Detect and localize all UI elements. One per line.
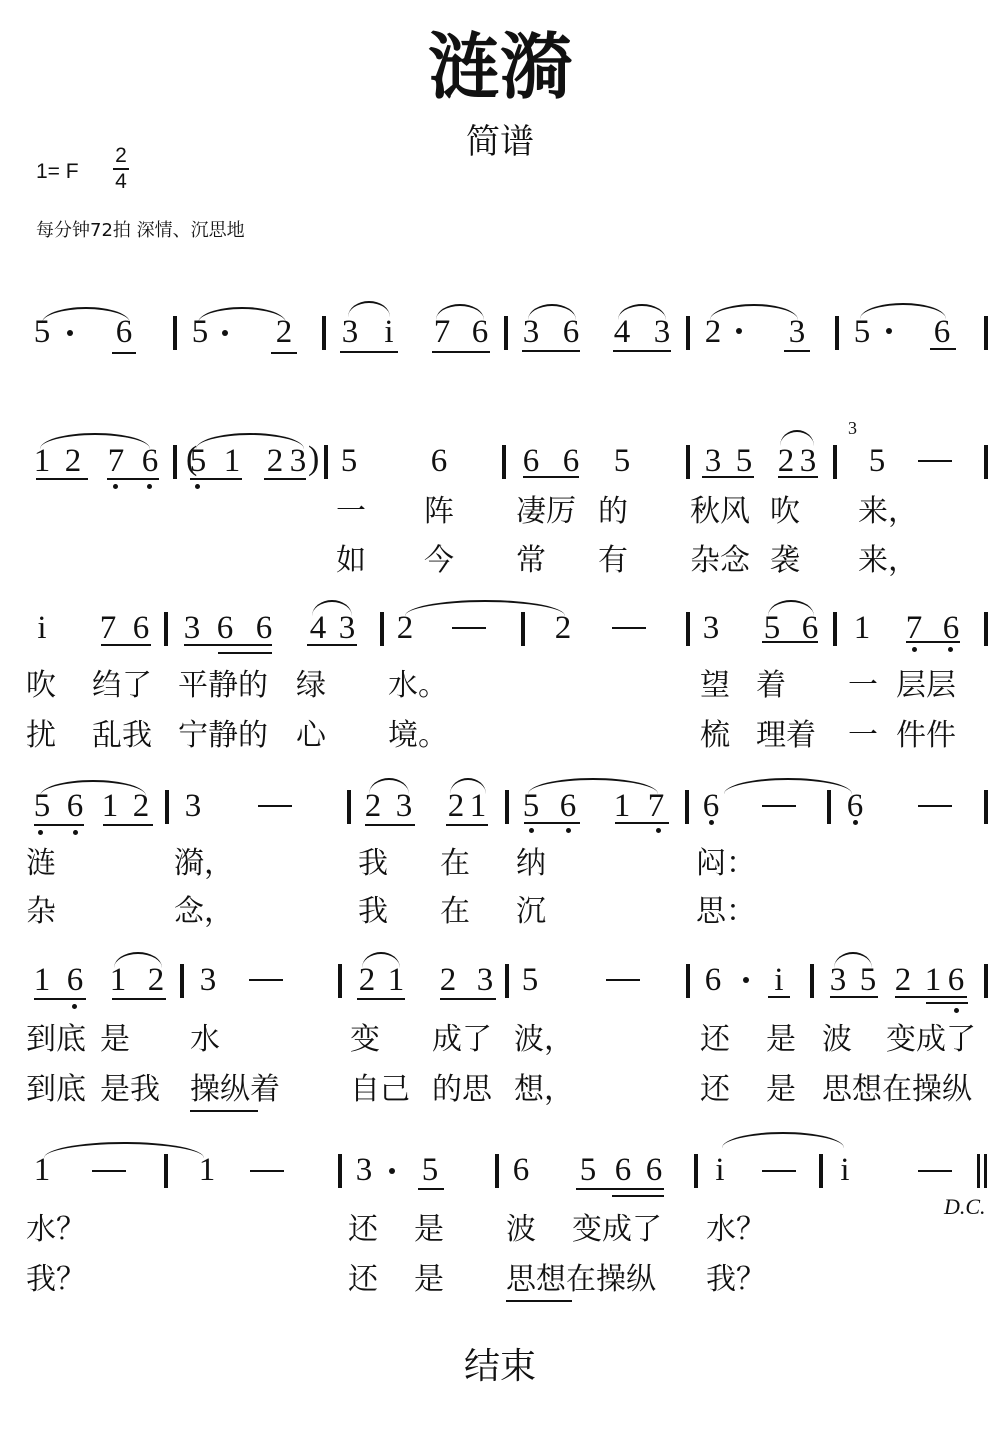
dash-extension xyxy=(918,805,952,807)
barline xyxy=(505,964,509,998)
lyric: 我 xyxy=(358,894,388,930)
slur xyxy=(528,304,576,320)
underline xyxy=(36,478,88,480)
underline xyxy=(524,822,580,824)
dash-extension xyxy=(918,460,952,462)
barline xyxy=(180,964,184,998)
note: 1 xyxy=(199,1152,216,1188)
slur xyxy=(768,600,814,616)
low-octave-dot xyxy=(948,647,953,652)
da-capo-mark: D.C. xyxy=(944,1194,986,1220)
barline xyxy=(685,790,689,824)
lyric: 阵 xyxy=(424,494,454,530)
lyric: 常 xyxy=(516,543,546,579)
lyric: 一 xyxy=(848,718,878,754)
lyric: 我 xyxy=(358,846,388,882)
lyric: 乱我 xyxy=(92,718,152,754)
barline xyxy=(173,316,177,350)
barline xyxy=(984,612,988,646)
underline xyxy=(446,824,488,826)
underline xyxy=(112,998,166,1000)
dash-extension xyxy=(258,805,292,807)
barline xyxy=(338,964,342,998)
dash-extension xyxy=(918,1170,952,1172)
lyric: 是 xyxy=(766,1072,796,1108)
lyric: 着 xyxy=(756,668,786,704)
time-signature-top: 2 xyxy=(112,144,130,168)
barline xyxy=(380,612,384,646)
augmentation-dot xyxy=(389,1168,395,1174)
low-octave-dot xyxy=(72,1004,77,1009)
low-octave-dot xyxy=(147,484,152,489)
underline xyxy=(34,998,86,1000)
slur xyxy=(40,780,146,796)
lyric: 自己 xyxy=(350,1072,410,1108)
augmentation-dot xyxy=(743,977,749,983)
barline xyxy=(686,964,690,998)
slur xyxy=(312,600,352,616)
note: 3 xyxy=(185,788,202,824)
underline xyxy=(340,351,398,353)
barline xyxy=(686,316,690,350)
lyric: 如 xyxy=(336,543,366,579)
note: 3 xyxy=(200,962,217,998)
underline xyxy=(112,352,136,354)
lyric: 还 xyxy=(348,1212,378,1248)
barline xyxy=(324,445,328,479)
barline xyxy=(686,612,690,646)
underline xyxy=(184,644,272,646)
lyric: 漪， xyxy=(174,846,234,882)
note: 6 xyxy=(563,443,580,479)
lyric: 水？ xyxy=(706,1212,766,1248)
note: 3 xyxy=(342,314,359,350)
note: 3 xyxy=(184,610,201,646)
dash-extension xyxy=(250,1170,284,1172)
barline xyxy=(173,445,177,479)
note: 1 xyxy=(34,962,51,998)
slur xyxy=(780,430,814,446)
low-octave-dot xyxy=(195,484,200,489)
barline xyxy=(338,1154,342,1188)
slur xyxy=(42,307,130,323)
underline xyxy=(103,824,153,826)
lyric: 到底 xyxy=(26,1072,86,1108)
barline xyxy=(810,964,814,998)
note-high: i xyxy=(840,1152,849,1188)
slur xyxy=(834,952,872,968)
note: 5 xyxy=(736,443,753,479)
note: 3 xyxy=(703,610,720,646)
lyric: 有 xyxy=(598,543,628,579)
low-octave-dot xyxy=(853,820,858,825)
note: 5 xyxy=(869,443,886,479)
lyric: 件件 xyxy=(896,718,956,754)
underline xyxy=(895,996,967,998)
lyric: 凄厉 xyxy=(516,494,576,530)
lyric: 念， xyxy=(174,894,234,930)
underline xyxy=(613,350,671,352)
slur xyxy=(450,778,486,794)
dash-extension xyxy=(92,1170,126,1172)
dash-extension xyxy=(762,805,796,807)
note: 5 xyxy=(580,1152,597,1188)
underline xyxy=(522,350,580,352)
barline xyxy=(164,612,168,646)
lyric: 平静的 xyxy=(178,668,268,704)
lyric: 扰 xyxy=(26,718,56,754)
lyric: 纳 xyxy=(516,846,546,882)
underline xyxy=(101,644,151,646)
low-octave-dot xyxy=(73,830,78,835)
underline xyxy=(762,641,818,643)
barline xyxy=(164,1154,168,1188)
lyric: 心 xyxy=(296,718,326,754)
slur xyxy=(198,307,286,323)
underline xyxy=(768,996,790,998)
dash-extension xyxy=(606,979,640,981)
lyric: 吹 xyxy=(770,494,800,530)
lyric: 还 xyxy=(700,1072,730,1108)
note: 6 xyxy=(217,610,234,646)
lyric: 是 xyxy=(414,1262,444,1298)
underline xyxy=(271,352,297,354)
underline xyxy=(906,641,960,643)
lyric: 变成了 xyxy=(572,1212,662,1248)
barline xyxy=(694,1154,698,1188)
lyric: 吹 xyxy=(26,668,56,704)
lyric: 在 xyxy=(440,846,470,882)
slur xyxy=(196,433,304,449)
lyric: 成了 xyxy=(432,1022,492,1058)
note: 3 xyxy=(705,443,722,479)
lyric: 是我 xyxy=(100,1072,160,1108)
tie xyxy=(724,778,852,794)
barline xyxy=(835,316,839,350)
low-octave-dot xyxy=(566,828,571,833)
barline xyxy=(984,790,988,824)
note: 7 xyxy=(100,610,117,646)
note: 6 xyxy=(646,1152,663,1188)
slur xyxy=(40,433,150,449)
lyric: 的思 xyxy=(432,1072,492,1108)
note: 5 xyxy=(341,443,358,479)
lyric: 水 xyxy=(190,1022,220,1058)
lyric: 梳 xyxy=(700,718,730,754)
tie xyxy=(405,600,565,616)
slur xyxy=(528,778,658,794)
lyric: 变 xyxy=(350,1022,380,1058)
underline xyxy=(784,350,810,352)
underline xyxy=(107,478,159,480)
dash-extension xyxy=(762,1170,796,1172)
slur xyxy=(710,304,798,320)
note-high: i xyxy=(715,1152,724,1188)
note-high: i xyxy=(774,962,783,998)
lyric: 闷： xyxy=(696,846,756,882)
lyric: 层层 xyxy=(896,668,956,704)
lyric: 是 xyxy=(100,1022,130,1058)
barline xyxy=(827,790,831,824)
underline xyxy=(702,476,754,478)
barline xyxy=(984,316,988,350)
note: 5 xyxy=(422,1152,439,1188)
slur xyxy=(860,303,946,319)
lyric: 宁静的 xyxy=(178,718,268,754)
lyric: 在 xyxy=(440,894,470,930)
underline-double xyxy=(612,1195,664,1197)
low-octave-dot xyxy=(912,647,917,652)
low-octave-dot xyxy=(529,828,534,833)
lyric: 思想在操纵 xyxy=(506,1262,656,1298)
note: 2 xyxy=(440,962,457,998)
tie xyxy=(44,1142,204,1158)
lyric-underline xyxy=(190,1110,258,1112)
lyric: 绉了 xyxy=(92,668,152,704)
underline xyxy=(615,822,669,824)
lyric: 我？ xyxy=(706,1262,766,1298)
augmentation-dot xyxy=(222,330,228,336)
slur xyxy=(436,304,484,320)
underline xyxy=(576,1188,664,1190)
barline xyxy=(833,612,837,646)
low-octave-dot xyxy=(954,1008,959,1013)
lyric: 杂 xyxy=(26,894,56,930)
lyric: 沉 xyxy=(516,894,546,930)
note: 6 xyxy=(133,610,150,646)
slur xyxy=(348,301,390,317)
underline xyxy=(432,351,490,353)
note: 6 xyxy=(934,314,951,350)
time-signature: 2 4 xyxy=(112,144,130,194)
tempo-marking: 每分钟72拍 深情、沉思地 xyxy=(36,216,245,242)
note-high: i xyxy=(37,610,46,646)
dash-extension xyxy=(452,627,486,629)
lyric: 望 xyxy=(700,668,730,704)
augmentation-dot xyxy=(67,330,73,336)
lyric: 绿 xyxy=(296,668,326,704)
underline xyxy=(264,478,306,480)
note: 6 xyxy=(431,443,448,479)
time-signature-bottom: 4 xyxy=(112,170,130,194)
lyric: 杂念 xyxy=(690,543,750,579)
lyric: 是 xyxy=(414,1212,444,1248)
final-barline-thin xyxy=(977,1154,980,1188)
lyric: 波 xyxy=(506,1212,536,1248)
note: 6 xyxy=(615,1152,632,1188)
barline xyxy=(819,1154,823,1188)
barline xyxy=(504,316,508,350)
note: 6 xyxy=(523,443,540,479)
lyric: 我？ xyxy=(26,1262,86,1298)
lyric: 的 xyxy=(598,494,628,530)
lyric: 想， xyxy=(514,1072,574,1108)
augmentation-dot xyxy=(886,328,892,334)
note: 6 xyxy=(705,962,722,998)
lyric: 袭 xyxy=(770,543,800,579)
note: 3 xyxy=(477,962,494,998)
lyric: 还 xyxy=(700,1022,730,1058)
barline xyxy=(495,1154,499,1188)
dash-extension xyxy=(612,627,646,629)
lyric: 思想在操纵 xyxy=(822,1072,972,1108)
note: 3 xyxy=(800,443,817,479)
lyric: 一 xyxy=(336,494,366,530)
note: 6 xyxy=(513,1152,530,1188)
underline-double xyxy=(926,1002,968,1004)
note-low: 6 xyxy=(703,788,720,824)
note-low: 6 xyxy=(948,962,965,998)
note: 6 xyxy=(256,610,273,646)
notation-type-label: 简谱 xyxy=(0,120,1000,164)
underline xyxy=(418,1188,444,1190)
note: 1 xyxy=(925,962,942,998)
lyric: 波， xyxy=(514,1022,574,1058)
note-low: 6 xyxy=(67,962,84,998)
note: 5 xyxy=(854,314,871,350)
lyric: 理着 xyxy=(756,718,816,754)
note-high: i xyxy=(384,314,393,350)
close-paren: ) xyxy=(308,440,319,478)
lyric: 波 xyxy=(822,1022,852,1058)
note: 2 xyxy=(555,610,572,646)
barline xyxy=(322,316,326,350)
slur xyxy=(362,952,400,968)
augmentation-dot xyxy=(736,328,742,334)
note: 3 xyxy=(356,1152,373,1188)
dash-extension xyxy=(249,979,283,981)
low-octave-dot xyxy=(38,830,43,835)
underline xyxy=(190,478,242,480)
lyric: 来， xyxy=(858,494,918,530)
note: 1 xyxy=(854,610,871,646)
lyric: 涟 xyxy=(26,846,56,882)
underline xyxy=(523,476,579,478)
lyric: 是 xyxy=(766,1022,796,1058)
grace-note: 3 xyxy=(848,418,857,439)
lyric: 水？ xyxy=(26,1212,86,1248)
note: 2 xyxy=(778,443,795,479)
underline xyxy=(930,348,956,350)
note: 5 xyxy=(614,443,631,479)
lyric: 思： xyxy=(696,894,756,930)
lyric: 操纵着 xyxy=(190,1072,280,1108)
underline xyxy=(440,998,496,1000)
lyric: 到底 xyxy=(26,1022,86,1058)
underline xyxy=(357,998,405,1000)
key-signature: 1= F xyxy=(36,160,79,184)
underline xyxy=(830,996,878,998)
low-octave-dot xyxy=(113,484,118,489)
note: 2 xyxy=(895,962,912,998)
slur xyxy=(369,778,409,794)
underline xyxy=(778,476,818,478)
underline-double xyxy=(218,652,272,654)
final-barline-thick xyxy=(984,1154,987,1188)
barline xyxy=(502,445,506,479)
lyric-underline xyxy=(506,1300,572,1302)
barline xyxy=(686,445,690,479)
underline xyxy=(307,644,357,646)
barline xyxy=(347,790,351,824)
lyric: 还 xyxy=(348,1262,378,1298)
barline xyxy=(984,445,988,479)
lyric: 水。 xyxy=(388,668,448,704)
barline xyxy=(505,790,509,824)
note: 5 xyxy=(522,962,539,998)
barline xyxy=(521,612,525,646)
tie xyxy=(722,1132,844,1148)
song-title: 涟漪 xyxy=(0,22,1000,112)
barline xyxy=(833,445,837,479)
low-octave-dot xyxy=(656,828,661,833)
lyric: 一 xyxy=(848,668,878,704)
note-low: 6 xyxy=(847,788,864,824)
lyric: 秋风 xyxy=(690,494,750,530)
lyric: 境。 xyxy=(388,718,448,754)
underline xyxy=(365,824,415,826)
lyric: 来， xyxy=(858,543,918,579)
low-octave-dot xyxy=(709,820,714,825)
lyric: 变成了 xyxy=(886,1022,976,1058)
slur xyxy=(114,952,162,968)
end-label: 结束 xyxy=(0,1338,1000,1389)
slur xyxy=(618,304,666,320)
lyric: 今 xyxy=(424,543,454,579)
underline xyxy=(34,824,84,826)
barline xyxy=(984,964,988,998)
barline xyxy=(165,790,169,824)
